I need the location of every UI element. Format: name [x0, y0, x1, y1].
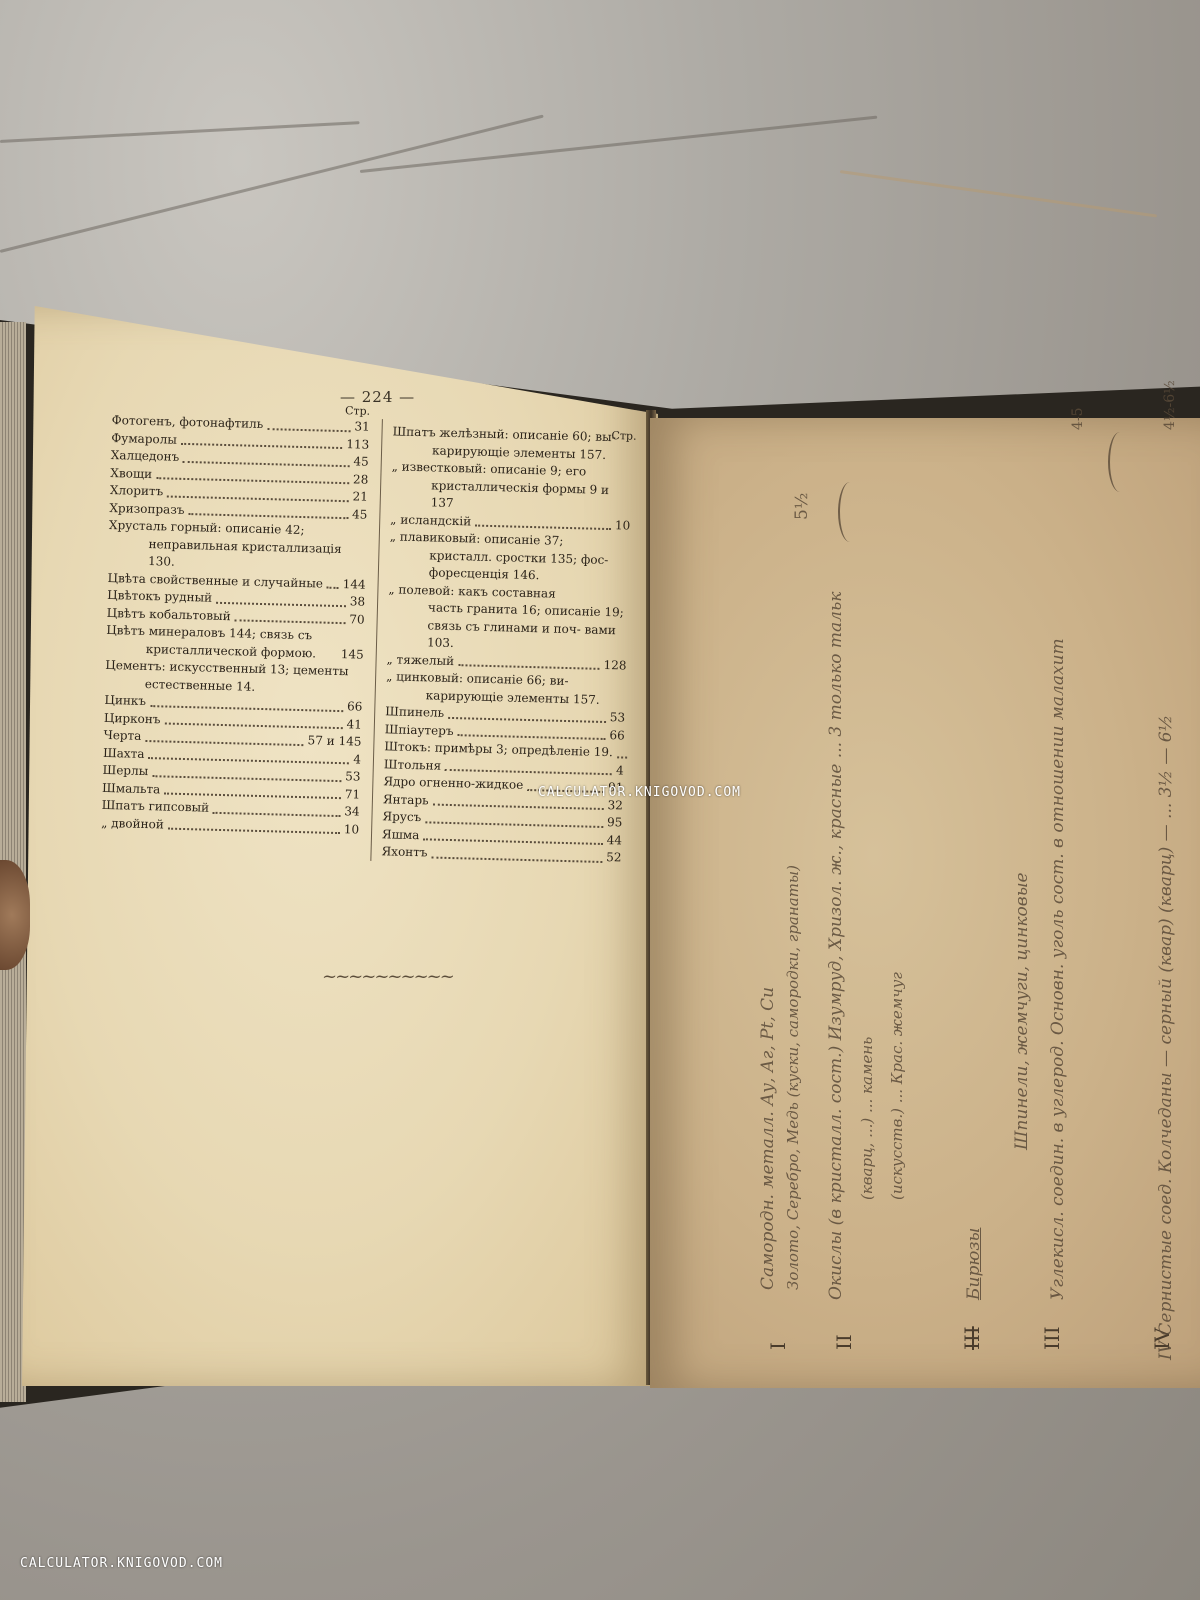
index-entry-page: 4: [353, 751, 361, 769]
index-entry-continuation: часть гранита 16; описанiе 19; связь съ …: [387, 598, 628, 657]
index-entry-page: 4: [616, 762, 624, 780]
index-entry-name: Цвѣтъ минераловъ 144; связь съ: [106, 623, 312, 642]
leader-dots: [164, 792, 341, 799]
handwritten-brace: [1108, 432, 1132, 492]
index-entry-name: „ двойной: [101, 814, 164, 833]
index-entry-page: 28: [353, 471, 369, 489]
index-entry-page: 31: [354, 418, 370, 436]
leader-dots: [168, 828, 340, 835]
index-entry-page: 41: [346, 716, 362, 734]
index-entry-page: 144: [342, 576, 365, 594]
index-entry-name: Халцедонъ: [111, 447, 180, 466]
index-entry-name: „ полевой: какъ составная: [388, 582, 556, 600]
index-entry-name: Шпатъ желѣзный: описанiе 60; вы-: [392, 424, 616, 444]
leader-dots: [431, 856, 602, 862]
leader-dots: [235, 619, 346, 624]
index-entry-name: Хлоритъ: [110, 482, 164, 501]
index-entry: „ плавиковый: описанiе 37;кристалл. срос…: [389, 528, 630, 587]
handwritten-line: Окислы (в кристалл. сост.) Изумруд, Хриз…: [826, 592, 846, 1300]
leader-dots: [267, 428, 350, 432]
index-entry-page: 95: [607, 814, 623, 832]
leader-dots: [423, 838, 602, 845]
leader-dots: [188, 513, 348, 519]
str-label: Стр.: [345, 402, 370, 420]
leader-dots: [183, 460, 349, 466]
handwritten-line: Золото, Серебро, Медь (куски, самородки,…: [784, 865, 802, 1290]
str-label: Стр.: [611, 427, 636, 445]
index-entry-name: Фумаролы: [111, 429, 177, 448]
index-entry-name: Шпiаутеръ: [385, 721, 454, 740]
index-entry-page: 45: [353, 453, 369, 471]
handwritten-line: (искусств.) ... Крас. жемчуг: [888, 972, 906, 1200]
index-entry-page: 21: [352, 488, 368, 506]
index-entry-name: „ тяжелый: [386, 651, 454, 670]
index-entry-name: Цирконъ: [104, 709, 161, 728]
handwritten-line: Шпинели, жемчуги, цинковые: [1012, 872, 1032, 1150]
index-entry-page: 44: [606, 832, 622, 850]
index-entry-name: Шмальта: [102, 779, 161, 798]
leader-dots: [458, 664, 600, 670]
index-entry-name: Ярусъ: [382, 808, 421, 827]
index-entry-name: Хризопразъ: [109, 499, 184, 518]
roman-numeral: I: [766, 1342, 790, 1350]
margin-number: 4½-6½: [1162, 380, 1178, 430]
index-entry-name: Яхонтъ: [381, 843, 427, 862]
leader-dots: [448, 716, 606, 722]
index-entry-page: 34: [344, 803, 360, 821]
index-entry-page: 128: [603, 656, 626, 674]
index-entry: „ полевой: какъ составнаячасть гранита 1…: [387, 581, 629, 657]
margin-number: 5½: [792, 493, 812, 520]
leader-dots: [457, 734, 605, 740]
index-entry-page: 10: [344, 821, 360, 839]
leader-dots: [213, 811, 340, 816]
leader-dots: [164, 722, 342, 729]
index-entry-name: Шахта: [103, 744, 145, 763]
leader-dots: [433, 804, 604, 810]
index-entry-page: 10: [615, 517, 631, 535]
index-entry-page: 52: [606, 849, 622, 867]
index-entry-page: 71: [345, 786, 361, 804]
leader-dots: [145, 739, 303, 745]
leader-dots: [425, 821, 603, 828]
end-ornament: ~~~~~~~~~~: [322, 966, 453, 987]
index-column-left: Стр. Фотогенъ, фотонафтиль31Фумаролы113Х…: [101, 412, 370, 839]
index-entry-name: „ известковый: описанiе 9; его: [391, 459, 586, 478]
index-entry: Хрусталь горный: описанiе 42;неправильна…: [108, 517, 367, 576]
leader-dots: [327, 587, 339, 589]
index-entry-page: 38: [350, 593, 366, 611]
index-entry-name: Штольня: [384, 756, 442, 775]
watermark-corner: CALCULATOR.KNIGOVOD.COM: [20, 1556, 223, 1571]
handwritten-line: Углекисл. соедин. в углерод. Основн. уго…: [1048, 638, 1068, 1300]
handwritten-line: (кварц, ...) ... камень: [858, 1037, 876, 1200]
right-page: [650, 418, 1200, 1388]
index-entry-page: 53: [610, 709, 626, 727]
index-entry-name: Янтарь: [383, 791, 429, 810]
roman-numeral: II: [832, 1334, 856, 1350]
index-entry-name: Цинкъ: [104, 692, 146, 711]
leader-dots: [181, 443, 342, 449]
index-entry-name: Шпинель: [385, 703, 444, 722]
index-entry-name: Хрусталь горный: описанiе 42;: [109, 518, 305, 537]
index-entry-page: 57 и 145: [307, 732, 361, 751]
marble-vein: [0, 121, 360, 143]
leader-dots: [475, 525, 611, 531]
index-entry-name: „ цинковый: описанiе 66; ви-: [386, 669, 569, 688]
index-entry-page: 66: [609, 727, 625, 745]
index-entry-name: Черта: [103, 727, 141, 745]
index-entry-name: Хвощи: [110, 464, 152, 483]
handwritten-line: Бирюзы: [964, 1228, 984, 1300]
roman-numeral: III: [1040, 1326, 1064, 1350]
index-entry-name: Шерлы: [102, 762, 148, 781]
index-entry-page: 53: [345, 768, 361, 786]
index-entry-name: „ плавиковый: описанiе 37;: [390, 529, 564, 548]
margin-number: 4-5: [1070, 407, 1086, 430]
handwritten-brace: [838, 482, 862, 542]
index-entry-page: 113: [346, 436, 369, 454]
watermark-center: CALCULATOR.KNIGOVOD.COM: [538, 785, 741, 800]
index-entry: „ известковый: описанiе 9; егокристаллич…: [391, 458, 632, 517]
marble-vein: [360, 116, 877, 173]
leader-dots: [216, 601, 346, 606]
index-entry-page: 145: [341, 646, 364, 664]
handwritten-line: Самородн. металл. Ау, Аг, Pt, Cu: [758, 987, 778, 1290]
leader-dots: [445, 769, 612, 775]
roman-numeral-crossed: III: [960, 1326, 984, 1350]
handwritten-line: IV Сернистые соед. Колчеданы — серный (к…: [1156, 715, 1176, 1360]
index-entry-page: 45: [352, 506, 368, 524]
index-entry-page: 70: [349, 611, 365, 629]
index-entry-name: „ исландскiй: [390, 511, 471, 531]
index-entry-page: 66: [347, 698, 363, 716]
index-entry-name: Яшма: [382, 826, 420, 844]
marble-vein: [840, 170, 1157, 218]
leader-dots: [617, 756, 627, 758]
